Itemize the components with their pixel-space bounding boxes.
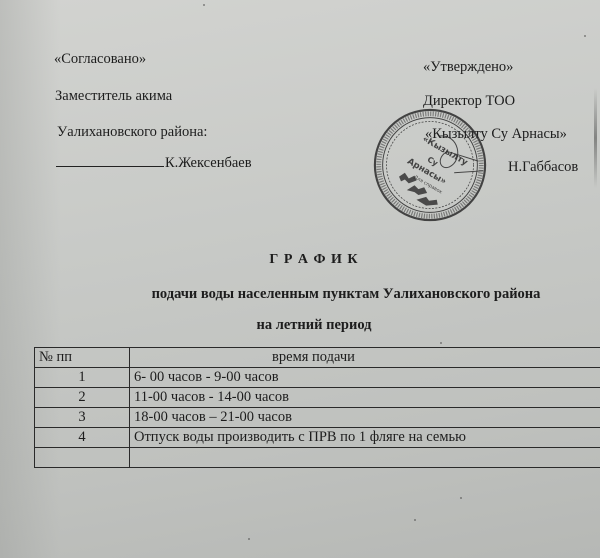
row-text: 6- 00 часов - 9-00 часов	[130, 368, 600, 388]
row-number: 4	[35, 428, 130, 448]
row-text: 11-00 часов - 14-00 часов	[130, 388, 600, 408]
speck	[440, 342, 442, 344]
speck	[584, 35, 586, 37]
signature-line-left: К.Жексенбаев	[56, 156, 252, 171]
signatory-name: К.Жексенбаев	[165, 155, 252, 171]
row-number: 2	[35, 388, 130, 408]
signature-blank	[56, 166, 164, 167]
water-schedule-table: № пп время подачи 1 6- 00 часов - 9-00 ч…	[34, 347, 600, 468]
row-number: 3	[35, 408, 130, 428]
position-line-2: Уалихановского района:	[57, 125, 207, 140]
table-row-empty	[35, 448, 600, 468]
speck	[460, 497, 462, 499]
company-stamp: «Кызылту Су Арнасы» Для справок	[372, 107, 488, 223]
row-text: Отпуск воды производить с ПРВ по 1 фляге…	[130, 428, 600, 448]
header-number: № пп	[35, 348, 130, 368]
approved-heading: «Согласовано»	[54, 52, 146, 67]
table-row: 1 6- 00 часов - 9-00 часов	[35, 368, 600, 388]
table-header-row: № пп время подачи	[35, 348, 600, 368]
row-text: 18-00 часов – 21-00 часов	[130, 408, 600, 428]
speck	[414, 519, 416, 521]
header-supply-time: время подачи	[130, 348, 600, 368]
document-subtitle: подачи воды населенным пунктам Уалиханов…	[0, 287, 600, 302]
signatory-name: Н.Габбасов	[508, 160, 578, 175]
table-row: 4 Отпуск воды производить с ПРВ по 1 фля…	[35, 428, 600, 448]
document-page: «Согласовано» Заместитель акима Уалихано…	[0, 0, 600, 558]
row-number	[35, 448, 130, 468]
speck	[203, 4, 205, 6]
document-period: на летний период	[0, 318, 600, 333]
speck	[248, 538, 250, 540]
document-title: Г Р А Ф И К	[0, 253, 600, 267]
scan-edge-mark	[594, 88, 597, 188]
page-shadow	[0, 0, 60, 558]
approved-heading: «Утверждено»	[423, 60, 513, 75]
row-number: 1	[35, 368, 130, 388]
position-line-1: Заместитель акима	[55, 89, 172, 104]
row-text	[130, 448, 600, 468]
table-row: 2 11-00 часов - 14-00 часов	[35, 388, 600, 408]
table-row: 3 18-00 часов – 21-00 часов	[35, 408, 600, 428]
